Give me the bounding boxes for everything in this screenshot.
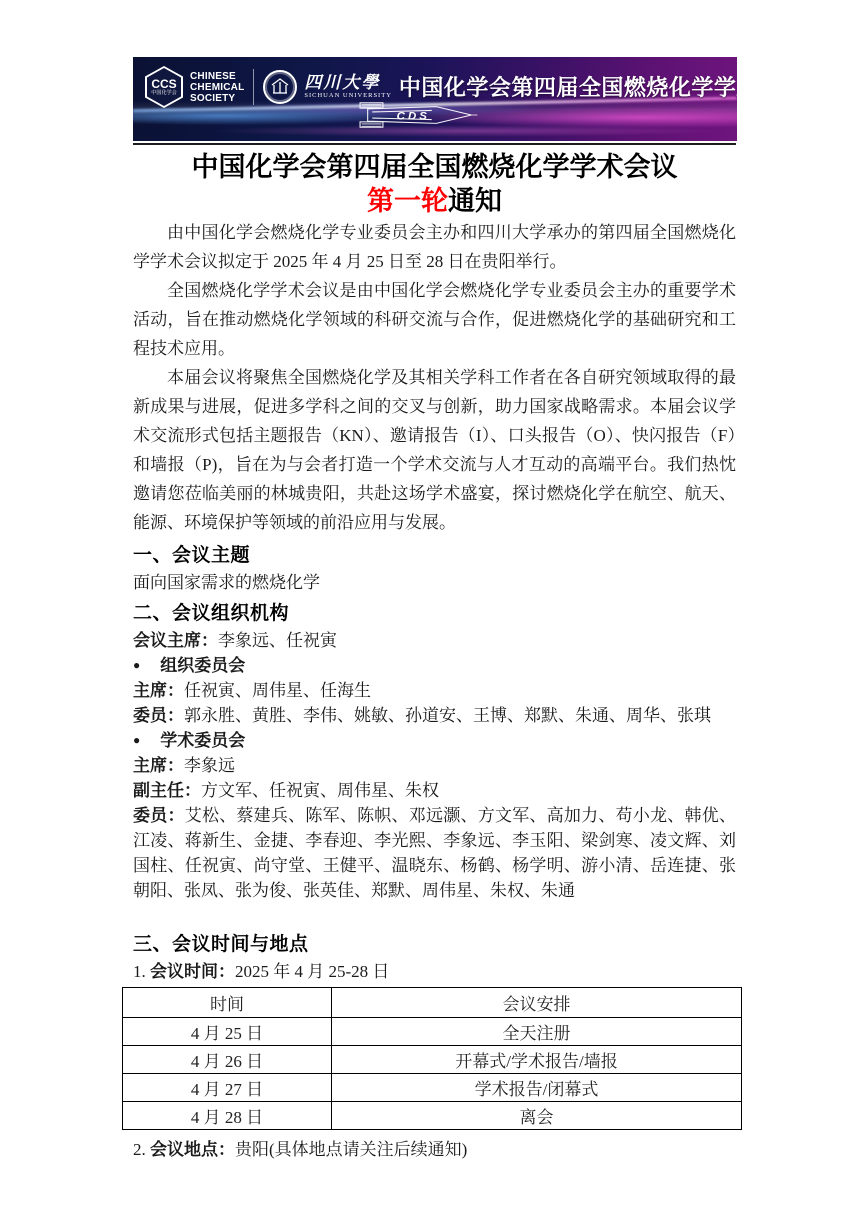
schedule-date-cell: 4 月 28 日 (123, 1102, 332, 1130)
conference-chair-label: 会议主席： (133, 631, 218, 650)
academic-committee-title-line: ●学术委员会 (133, 728, 736, 753)
document-page: CCS 中国化学会 CHINESE CHEMICAL SOCIETY (0, 0, 868, 1227)
academic-vice-label: 副主任： (133, 781, 201, 800)
cds-jet-emblem-icon: CDS (357, 99, 479, 131)
ccs-abbr-text: CCS (151, 78, 176, 90)
schedule-event-cell: 学术报告/闭幕式 (332, 1074, 742, 1102)
meeting-time-value: 2025 年 4 月 25-28 日 (235, 962, 389, 981)
academic-chair-label: 主席： (133, 756, 184, 775)
schedule-row: 4 月 25 日 全天注册 (123, 1018, 742, 1046)
logo-divider (253, 69, 254, 105)
header-rule (133, 143, 736, 145)
bullet-icon: ● (133, 658, 140, 672)
org-chair-label: 主席： (133, 681, 184, 700)
schedule-row: 4 月 27 日 学术报告/闭幕式 (123, 1074, 742, 1102)
ccs-org-line: CHEMICAL (190, 82, 244, 93)
ccs-chinese-text: 中国化学会 (151, 90, 177, 96)
banner-headline: 中国化学会第四届全国燃烧化学学术会议 (399, 75, 737, 101)
section-3-heading: 三、会议时间与地点 (133, 933, 736, 957)
meeting-time-line: 1. 会议时间：2025 年 4 月 25-28 日 (133, 959, 736, 984)
academic-committee-members-line: 委员：艾松、蔡建兵、陈军、陈帜、邓远灏、方文军、高加力、苟小龙、韩优、江凌、蒋新… (133, 803, 736, 903)
round-label: 第一轮 (367, 186, 448, 216)
schedule-date-cell: 4 月 25 日 (123, 1018, 332, 1046)
cds-emblem-text: CDS (397, 111, 430, 123)
schedule-event-cell: 离会 (332, 1102, 742, 1130)
org-committee-members-line: 委员：郭永胜、黄胜、李伟、姚敏、孙道安、王博、郑默、朱通、周华、张琪 (133, 703, 736, 728)
document-title: 中国化学会第四届全国燃烧化学学术会议 (133, 150, 736, 184)
schedule-row: 4 月 26 日 开幕式/学术报告/墙报 (123, 1046, 742, 1074)
schedule-row: 4 月 28 日 离会 (123, 1102, 742, 1130)
schedule-event-cell: 全天注册 (332, 1018, 742, 1046)
org-members-names: 郭永胜、黄胜、李伟、姚敏、孙道安、王博、郑默、朱通、周华、张琪 (184, 706, 711, 725)
schedule-header-row: 时间 会议安排 (123, 988, 742, 1018)
org-members-label: 委员： (133, 706, 184, 725)
time-item-number: 1. (133, 962, 150, 981)
academic-members-names: 艾松、蔡建兵、陈军、陈帜、邓远灏、方文军、高加力、苟小龙、韩优、江凌、蒋新生、金… (133, 806, 736, 900)
ccs-org-line: CHINESE (190, 71, 244, 82)
section-2-heading: 二、会议组织机构 (133, 602, 736, 626)
scu-chinese-name: 四川大學 (304, 74, 392, 92)
meeting-location-label: 会议地点： (150, 1140, 235, 1159)
bullet-icon: ● (133, 733, 140, 747)
schedule-event-cell: 开幕式/学术报告/墙报 (332, 1046, 742, 1074)
location-item-number: 2. (133, 1140, 150, 1159)
schedule-header-arrangement: 会议安排 (332, 988, 742, 1018)
ccs-logo-inner: CCS 中国化学会 (147, 68, 181, 106)
seal-glyph-icon (270, 77, 290, 97)
org-chair-names: 任祝寅、周伟星、任海生 (184, 681, 371, 700)
ccs-logo: CCS 中国化学会 (145, 66, 183, 108)
schedule-date-cell: 4 月 27 日 (123, 1074, 332, 1102)
academic-committee-vice-line: 副主任：方文军、任祝寅、周伟星、朱权 (133, 778, 736, 803)
schedule-table: 时间 会议安排 4 月 25 日 全天注册 4 月 26 日 开幕式/学术报告/… (122, 987, 742, 1130)
schedule-header-time: 时间 (123, 988, 332, 1018)
meeting-location-line: 2. 会议地点：贵阳(具体地点请关注后续通知) (133, 1137, 736, 1162)
schedule-date-cell: 4 月 26 日 (123, 1046, 332, 1074)
meeting-location-value: 贵阳(具体地点请关注后续通知) (235, 1140, 467, 1159)
ccs-org-line: SOCIETY (190, 93, 244, 104)
conference-chair-names: 李象远、任祝寅 (218, 631, 337, 650)
academic-committee-title: 学术委员会 (160, 731, 245, 750)
academic-committee-chair-line: 主席：李象远 (133, 753, 736, 778)
meeting-time-label: 会议时间： (150, 962, 235, 981)
conference-theme: 面向国家需求的燃烧化学 (133, 570, 736, 595)
document-subtitle: 第一轮通知 (133, 184, 736, 218)
org-committee-title: 组织委员会 (160, 656, 245, 675)
academic-chair-names: 李象远 (184, 756, 235, 775)
sichuan-university-name: 四川大學 SICHUAN UNIVERSITY (304, 74, 392, 100)
academic-vice-names: 方文军、任祝寅、周伟星、朱权 (201, 781, 439, 800)
intro-paragraph-2: 全国燃烧化学学术会议是由中国化学会燃烧化学专业委员会主办的重要学术活动，旨在推动… (133, 276, 736, 363)
org-committee-title-line: ●组织委员会 (133, 653, 736, 678)
conference-banner: CCS 中国化学会 CHINESE CHEMICAL SOCIETY (133, 57, 737, 141)
org-committee-chair-line: 主席：任祝寅、周伟星、任海生 (133, 678, 736, 703)
intro-paragraph-1: 由中国化学会燃烧化学专业委员会主办和四川大学承办的第四届全国燃烧化学学术会议拟定… (133, 218, 736, 276)
ccs-org-name: CHINESE CHEMICAL SOCIETY (190, 71, 244, 104)
intro-paragraph-3: 本届会议将聚焦全国燃烧化学及其相关学科工作者在各自研究领域取得的最新成果与进展，… (133, 363, 736, 537)
notice-label: 通知 (448, 186, 502, 216)
sichuan-university-seal-icon (263, 70, 297, 104)
academic-members-label: 委员： (133, 806, 185, 825)
section-1-heading: 一、会议主题 (133, 544, 736, 568)
conference-chair-line: 会议主席：李象远、任祝寅 (133, 628, 736, 653)
